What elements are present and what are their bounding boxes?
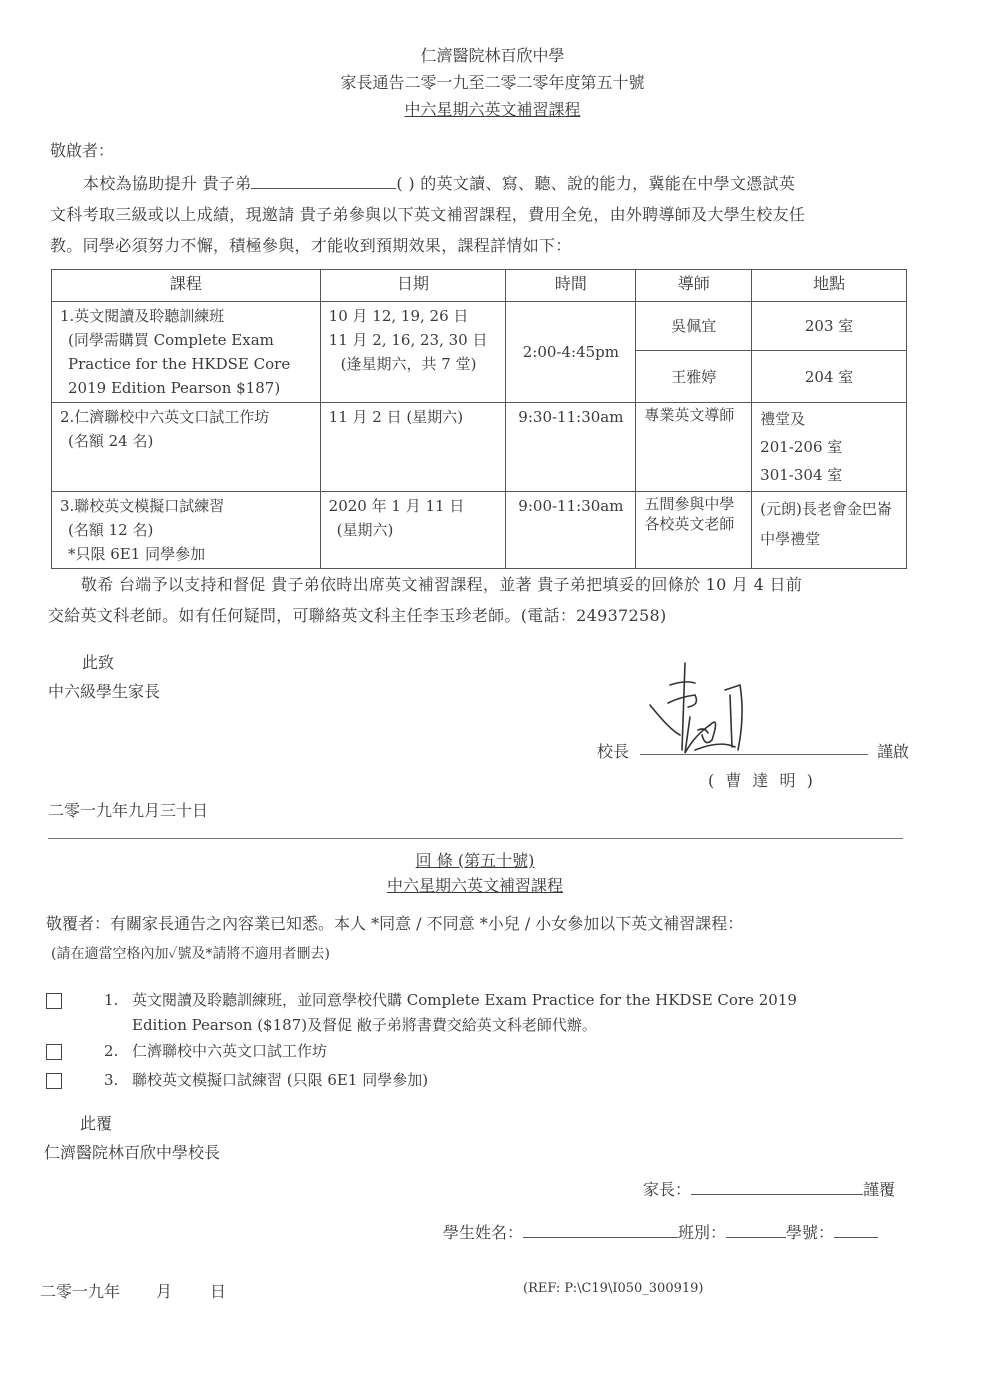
course-cell: 3.聯校英文模擬口試練習 (名額 12 名) *只限 6E1 同學參加 xyxy=(52,492,321,569)
student-number-field[interactable] xyxy=(834,1223,878,1238)
principal-label: 校長 xyxy=(597,739,629,762)
reply-recipient: 仁濟醫院林百欣中學校長 xyxy=(44,1140,220,1163)
signature-line xyxy=(640,754,868,755)
course-cell: 1.英文閱讀及聆聽訓練班 (同學需購買 Complete Exam Practi… xyxy=(52,302,321,403)
intro-line-1: 本校為協助提升 貴子弟( ) 的英文讀、寫、聽、說的能力，冀能在中學文憑試英 xyxy=(50,168,920,199)
reply-date-month: 月 xyxy=(156,1282,172,1301)
reply-statement: 敬覆者：有關家長通告之內容業已知悉。本人 *同意 / 不同意 *小兒 / 小女參… xyxy=(46,911,743,934)
tear-off-divider xyxy=(48,838,903,839)
course-line: *只限 6E1 同學參加 xyxy=(60,542,312,566)
principal-name: ( 曹 達 明 ) xyxy=(708,768,816,791)
option-text: 聯校英文模擬口試練習 (只限 6E1 同學參加) xyxy=(132,1068,912,1093)
reply-instruction: (請在適當空格內加✓號及*請將不適用者刪去) xyxy=(51,943,330,963)
tutor-cell: 五間參與中學各校英文老師 xyxy=(636,492,752,569)
header-tutor: 導師 xyxy=(636,270,752,302)
course-line: Practice for the HKDSE Core xyxy=(60,352,312,376)
course-cell: 2.仁濟聯校中六英文口試工作坊 (名額 24 名) xyxy=(52,403,321,492)
date-cell: 2020 年 1 月 11 日 (星期六) xyxy=(320,492,506,569)
student-number-label: 學號： xyxy=(786,1223,834,1242)
venue-line: 301-304 室 xyxy=(760,461,898,489)
table-row: 2.仁濟聯校中六英文口試工作坊 (名額 24 名) 11 月 2 日 (星期六)… xyxy=(52,403,907,492)
school-name: 仁濟醫院林百欣中學 xyxy=(0,44,985,68)
notice-number: 家長通告二零一九至二零二零年度第五十號 xyxy=(0,71,985,95)
reply-option-2: 2. 仁濟聯校中六英文口試工作坊 xyxy=(46,1039,926,1064)
closing-recipient: 中六級學生家長 xyxy=(48,679,160,702)
intro-paragraph: 本校為協助提升 貴子弟( ) 的英文讀、寫、聽、說的能力，冀能在中學文憑試英 文… xyxy=(50,168,920,261)
option-text: 英文閱讀及聆聽訓練班，並同意學校代購 Complete Exam Practic… xyxy=(132,988,912,1038)
checkbox-option-3[interactable] xyxy=(46,1073,62,1089)
notice-subject: 中六星期六英文補習課程 xyxy=(0,98,985,122)
venue-cell: 203 室 xyxy=(752,302,907,351)
closing-paragraph: 敬希 台端予以支持和督促 貴子弟依時出席英文補習課程，並著 貴子弟把填妥的回條於… xyxy=(48,569,928,631)
option-text: 仁濟聯校中六英文口試工作坊 xyxy=(132,1039,912,1064)
venue-cell: 禮堂及 201-206 室 301-304 室 xyxy=(752,403,907,492)
date-line: (逢星期六，共 7 堂) xyxy=(329,352,498,376)
subject-text: 中六星期六英文補習課程 xyxy=(404,100,580,119)
class-field[interactable] xyxy=(726,1223,786,1238)
reply-greeting: 此覆 xyxy=(80,1111,112,1134)
student-name-label: 學生姓名： xyxy=(443,1223,523,1242)
intro-text-a: 本校為協助提升 貴子弟 xyxy=(83,174,251,193)
course-line: 2019 Edition Pearson $187) xyxy=(60,376,312,400)
reply-date-year: 二零一九年 xyxy=(40,1282,120,1301)
intro-line-3: 教。同學必須努力不懈，積極參與，才能收到預期效果，課程詳情如下： xyxy=(50,230,920,261)
principal-signature-icon xyxy=(640,655,790,760)
option-number: 3. xyxy=(104,1068,134,1093)
tutor-cell: 王雅婷 xyxy=(636,351,752,403)
date-line: 2020 年 1 月 11 日 xyxy=(329,494,498,518)
parent-signature-field[interactable] xyxy=(691,1180,863,1195)
header-date: 日期 xyxy=(320,270,506,302)
course-line: (同學需購買 Complete Exam xyxy=(60,328,312,352)
notice-date: 二零一九年九月三十日 xyxy=(48,798,208,821)
intro-text-b: ( ) 的英文讀、寫、聽、說的能力，冀能在中學文憑試英 xyxy=(396,174,795,193)
reply-subtitle: 中六星期六英文補習課程 xyxy=(0,873,950,896)
reply-subtitle-text: 中六星期六英文補習課程 xyxy=(387,876,563,895)
respect-label: 謹啟 xyxy=(877,739,909,762)
reply-title-text: 回 條 (第五十號) xyxy=(416,851,535,870)
student-name-blank[interactable] xyxy=(251,174,396,189)
reply-title: 回 條 (第五十號) xyxy=(0,848,950,871)
header-course: 課程 xyxy=(52,270,321,302)
header-venue: 地點 xyxy=(752,270,907,302)
date-line: (星期六) xyxy=(329,518,498,542)
option-number: 1. xyxy=(104,988,134,1013)
venue-cell: 204 室 xyxy=(752,351,907,403)
tutor-cell: 吳佩宜 xyxy=(636,302,752,351)
course-line: 3.聯校英文模擬口試練習 xyxy=(60,494,312,518)
parent-respect: 謹覆 xyxy=(863,1180,895,1199)
checkbox-option-1[interactable] xyxy=(46,993,62,1009)
time-cell: 9:00-11:30am xyxy=(506,492,636,569)
option-text-line: 英文閱讀及聆聽訓練班，並同意學校代購 Complete Exam Practic… xyxy=(132,988,912,1013)
venue-cell: (元朗)長老會金巴崙中學禮堂 xyxy=(752,492,907,569)
date-cell: 10 月 12, 19, 26 日 11 月 2, 16, 23, 30 日 (… xyxy=(320,302,506,403)
reference-code: (REF: P:\C19\I050_300919) xyxy=(523,1281,703,1296)
date-line: 10 月 12, 19, 26 日 xyxy=(329,304,498,328)
date-cell: 11 月 2 日 (星期六) xyxy=(320,403,506,492)
table-header-row: 課程 日期 時間 導師 地點 xyxy=(52,270,907,302)
salutation: 敬啟者： xyxy=(50,138,114,161)
date-line: 11 月 2 日 (星期六) xyxy=(329,405,498,429)
closing-line-1: 敬希 台端予以支持和督促 貴子弟依時出席英文補習課程，並著 貴子弟把填妥的回條於… xyxy=(48,569,928,600)
student-name-field[interactable] xyxy=(523,1223,678,1238)
student-info-row: 學生姓名：班別：學號： xyxy=(443,1220,878,1243)
venue-line: 禮堂及 xyxy=(760,405,898,433)
checkbox-option-2[interactable] xyxy=(46,1044,62,1060)
option-text-line: Edition Pearson ($187)及督促 敝子弟將書費交給英文科老師代… xyxy=(132,1013,912,1038)
course-line: 2.仁濟聯校中六英文口試工作坊 xyxy=(60,405,312,429)
course-line: 1.英文閱讀及聆聽訓練班 xyxy=(60,304,312,328)
class-label: 班別： xyxy=(678,1223,726,1242)
reply-option-3: 3. 聯校英文模擬口試練習 (只限 6E1 同學參加) xyxy=(46,1068,926,1093)
date-line: 11 月 2, 16, 23, 30 日 xyxy=(329,328,498,352)
course-table: 課程 日期 時間 導師 地點 1.英文閱讀及聆聽訓練班 (同學需購買 Compl… xyxy=(51,269,907,569)
closing-greeting: 此致 xyxy=(82,650,114,673)
tutor-cell: 專業英文導師 xyxy=(636,403,752,492)
time-cell: 2:00-4:45pm xyxy=(506,302,636,403)
venue-line: 201-206 室 xyxy=(760,433,898,461)
table-row: 3.聯校英文模擬口試練習 (名額 12 名) *只限 6E1 同學參加 2020… xyxy=(52,492,907,569)
reply-date-day: 日 xyxy=(210,1282,226,1301)
course-line: (名額 12 名) xyxy=(60,518,312,542)
parent-signature-row: 家長：謹覆 xyxy=(643,1177,895,1200)
option-number: 2. xyxy=(104,1039,134,1064)
reply-date: 二零一九年月日 xyxy=(40,1279,226,1302)
intro-line-2: 文科考取三級或以上成績，現邀請 貴子弟參與以下英文補習課程，費用全免，由外聘導師… xyxy=(50,199,920,230)
course-line: (名額 24 名) xyxy=(60,429,312,453)
header-time: 時間 xyxy=(506,270,636,302)
closing-line-2: 交給英文科老師。如有任何疑問，可聯絡英文科主任李玉珍老師。(電話：2493725… xyxy=(48,600,928,631)
parent-label: 家長： xyxy=(643,1180,691,1199)
reply-option-1: 1. 英文閱讀及聆聽訓練班，並同意學校代購 Complete Exam Prac… xyxy=(46,988,926,1038)
time-cell: 9:30-11:30am xyxy=(506,403,636,492)
table-row: 1.英文閱讀及聆聽訓練班 (同學需購買 Complete Exam Practi… xyxy=(52,302,907,351)
